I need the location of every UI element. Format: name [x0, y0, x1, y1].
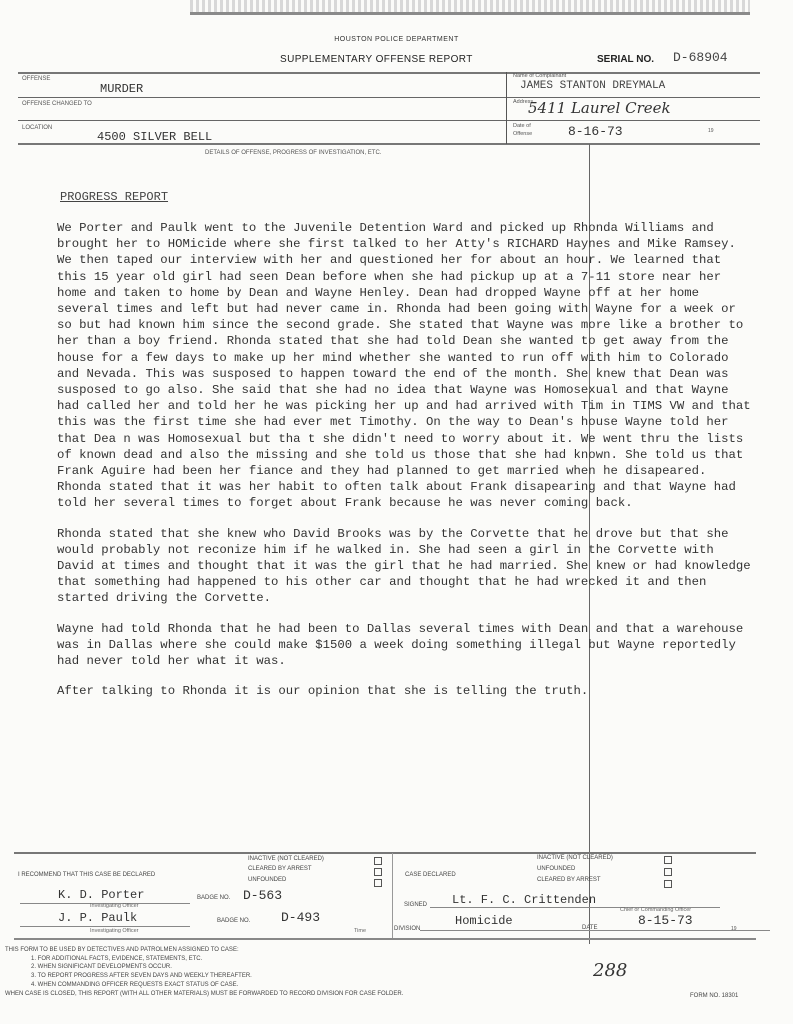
offense-changed-label: OFFENSE CHANGED TO: [22, 101, 92, 107]
address-value: 5411 Laurel Creek: [528, 99, 671, 117]
offense-label: OFFENSE: [22, 76, 50, 82]
date-value: 8-16-73: [568, 124, 623, 139]
case-declared-label: CASE DECLARED: [405, 872, 456, 878]
signed-value: Lt. F. C. Crittenden: [452, 893, 596, 907]
division-value: Homicide: [455, 914, 513, 928]
recommend-label: I RECOMMEND THAT THIS CASE BE DECLARED: [18, 872, 155, 878]
officer1-name: K. D. Porter: [58, 888, 144, 902]
complainant-value: JAMES STANTON DREYMALA: [520, 80, 665, 92]
report-paragraph: After talking to Rhonda it is our opinio…: [57, 683, 757, 699]
offense-value: MURDER: [100, 82, 143, 96]
badge2-value: D-493: [281, 910, 320, 925]
location-label: LOCATION: [22, 125, 52, 131]
form-title: SUPPLEMENTARY OFFENSE REPORT: [280, 54, 473, 65]
date-year-label: 19: [708, 128, 714, 134]
case-option-inactive: INACTIVE (NOT CLEARED): [537, 855, 613, 861]
footer-instructions: THIS FORM TO BE USED BY DETECTIVES AND P…: [5, 946, 403, 998]
case-option-cleared: CLEARED BY ARREST: [537, 877, 601, 883]
case-option-unfounded: UNFOUNDED: [537, 866, 575, 872]
divider: [18, 72, 760, 74]
signed-label: SIGNED: [404, 902, 427, 908]
case-checkbox-inactive[interactable]: [664, 856, 672, 864]
divider: [506, 72, 507, 144]
report-title: PROGRESS REPORT: [60, 190, 168, 204]
scan-top-edge: [190, 0, 750, 15]
signature-line: [20, 926, 190, 927]
divider: [18, 120, 760, 121]
recommend-option-unfounded: UNFOUNDED: [248, 877, 286, 883]
recommend-checkbox-inactive[interactable]: [374, 857, 382, 865]
divider: [14, 938, 756, 940]
details-label: DETAILS OF OFFENSE, PROGRESS OF INVESTIG…: [205, 150, 381, 156]
divider: [18, 97, 760, 98]
badge-label: BADGE NO.: [217, 918, 250, 924]
department-name: HOUSTON POLICE DEPARTMENT: [0, 36, 793, 43]
date-label: DATE: [582, 925, 598, 931]
location-value: 4500 SILVER BELL: [97, 130, 212, 144]
report-paragraph: Wayne had told Rhonda that he had been t…: [57, 621, 757, 670]
badge1-value: D-563: [243, 888, 282, 903]
case-year-label: 19: [731, 926, 737, 932]
report-paragraph: We Porter and Paulk went to the Juvenile…: [57, 220, 757, 512]
case-date-value: 8-15-73: [638, 913, 693, 928]
divider: [14, 852, 756, 854]
case-checkbox-cleared[interactable]: [664, 880, 672, 888]
divider: [392, 853, 393, 939]
recommend-checkbox-unfounded[interactable]: [374, 879, 382, 887]
division-label: DIVISION: [394, 926, 420, 932]
form-number: FORM NO. 18301: [690, 993, 738, 999]
recommend-checkbox-cleared[interactable]: [374, 868, 382, 876]
complainant-label: Name of Complainant: [513, 73, 566, 79]
report-body: We Porter and Paulk went to the Juvenile…: [57, 220, 757, 713]
officer2-name: J. P. Paulk: [58, 911, 137, 925]
serial-label: SERIAL NO.: [597, 54, 654, 65]
page-mark: 288: [593, 960, 627, 981]
serial-value: D-68904: [673, 50, 728, 65]
date-label: Date ofOffense: [513, 122, 532, 138]
time-label: Time: [354, 928, 366, 934]
recommend-option-cleared: CLEARED BY ARREST: [248, 866, 312, 872]
officer-caption: Investigating Officer: [90, 903, 139, 909]
case-checkbox-unfounded[interactable]: [664, 868, 672, 876]
report-paragraph: Rhonda stated that she knew who David Br…: [57, 526, 757, 607]
officer-caption: Investigating Officer: [90, 928, 139, 934]
recommend-option-inactive: INACTIVE (NOT CLEARED): [248, 856, 324, 862]
badge-label: BADGE NO.: [197, 895, 230, 901]
